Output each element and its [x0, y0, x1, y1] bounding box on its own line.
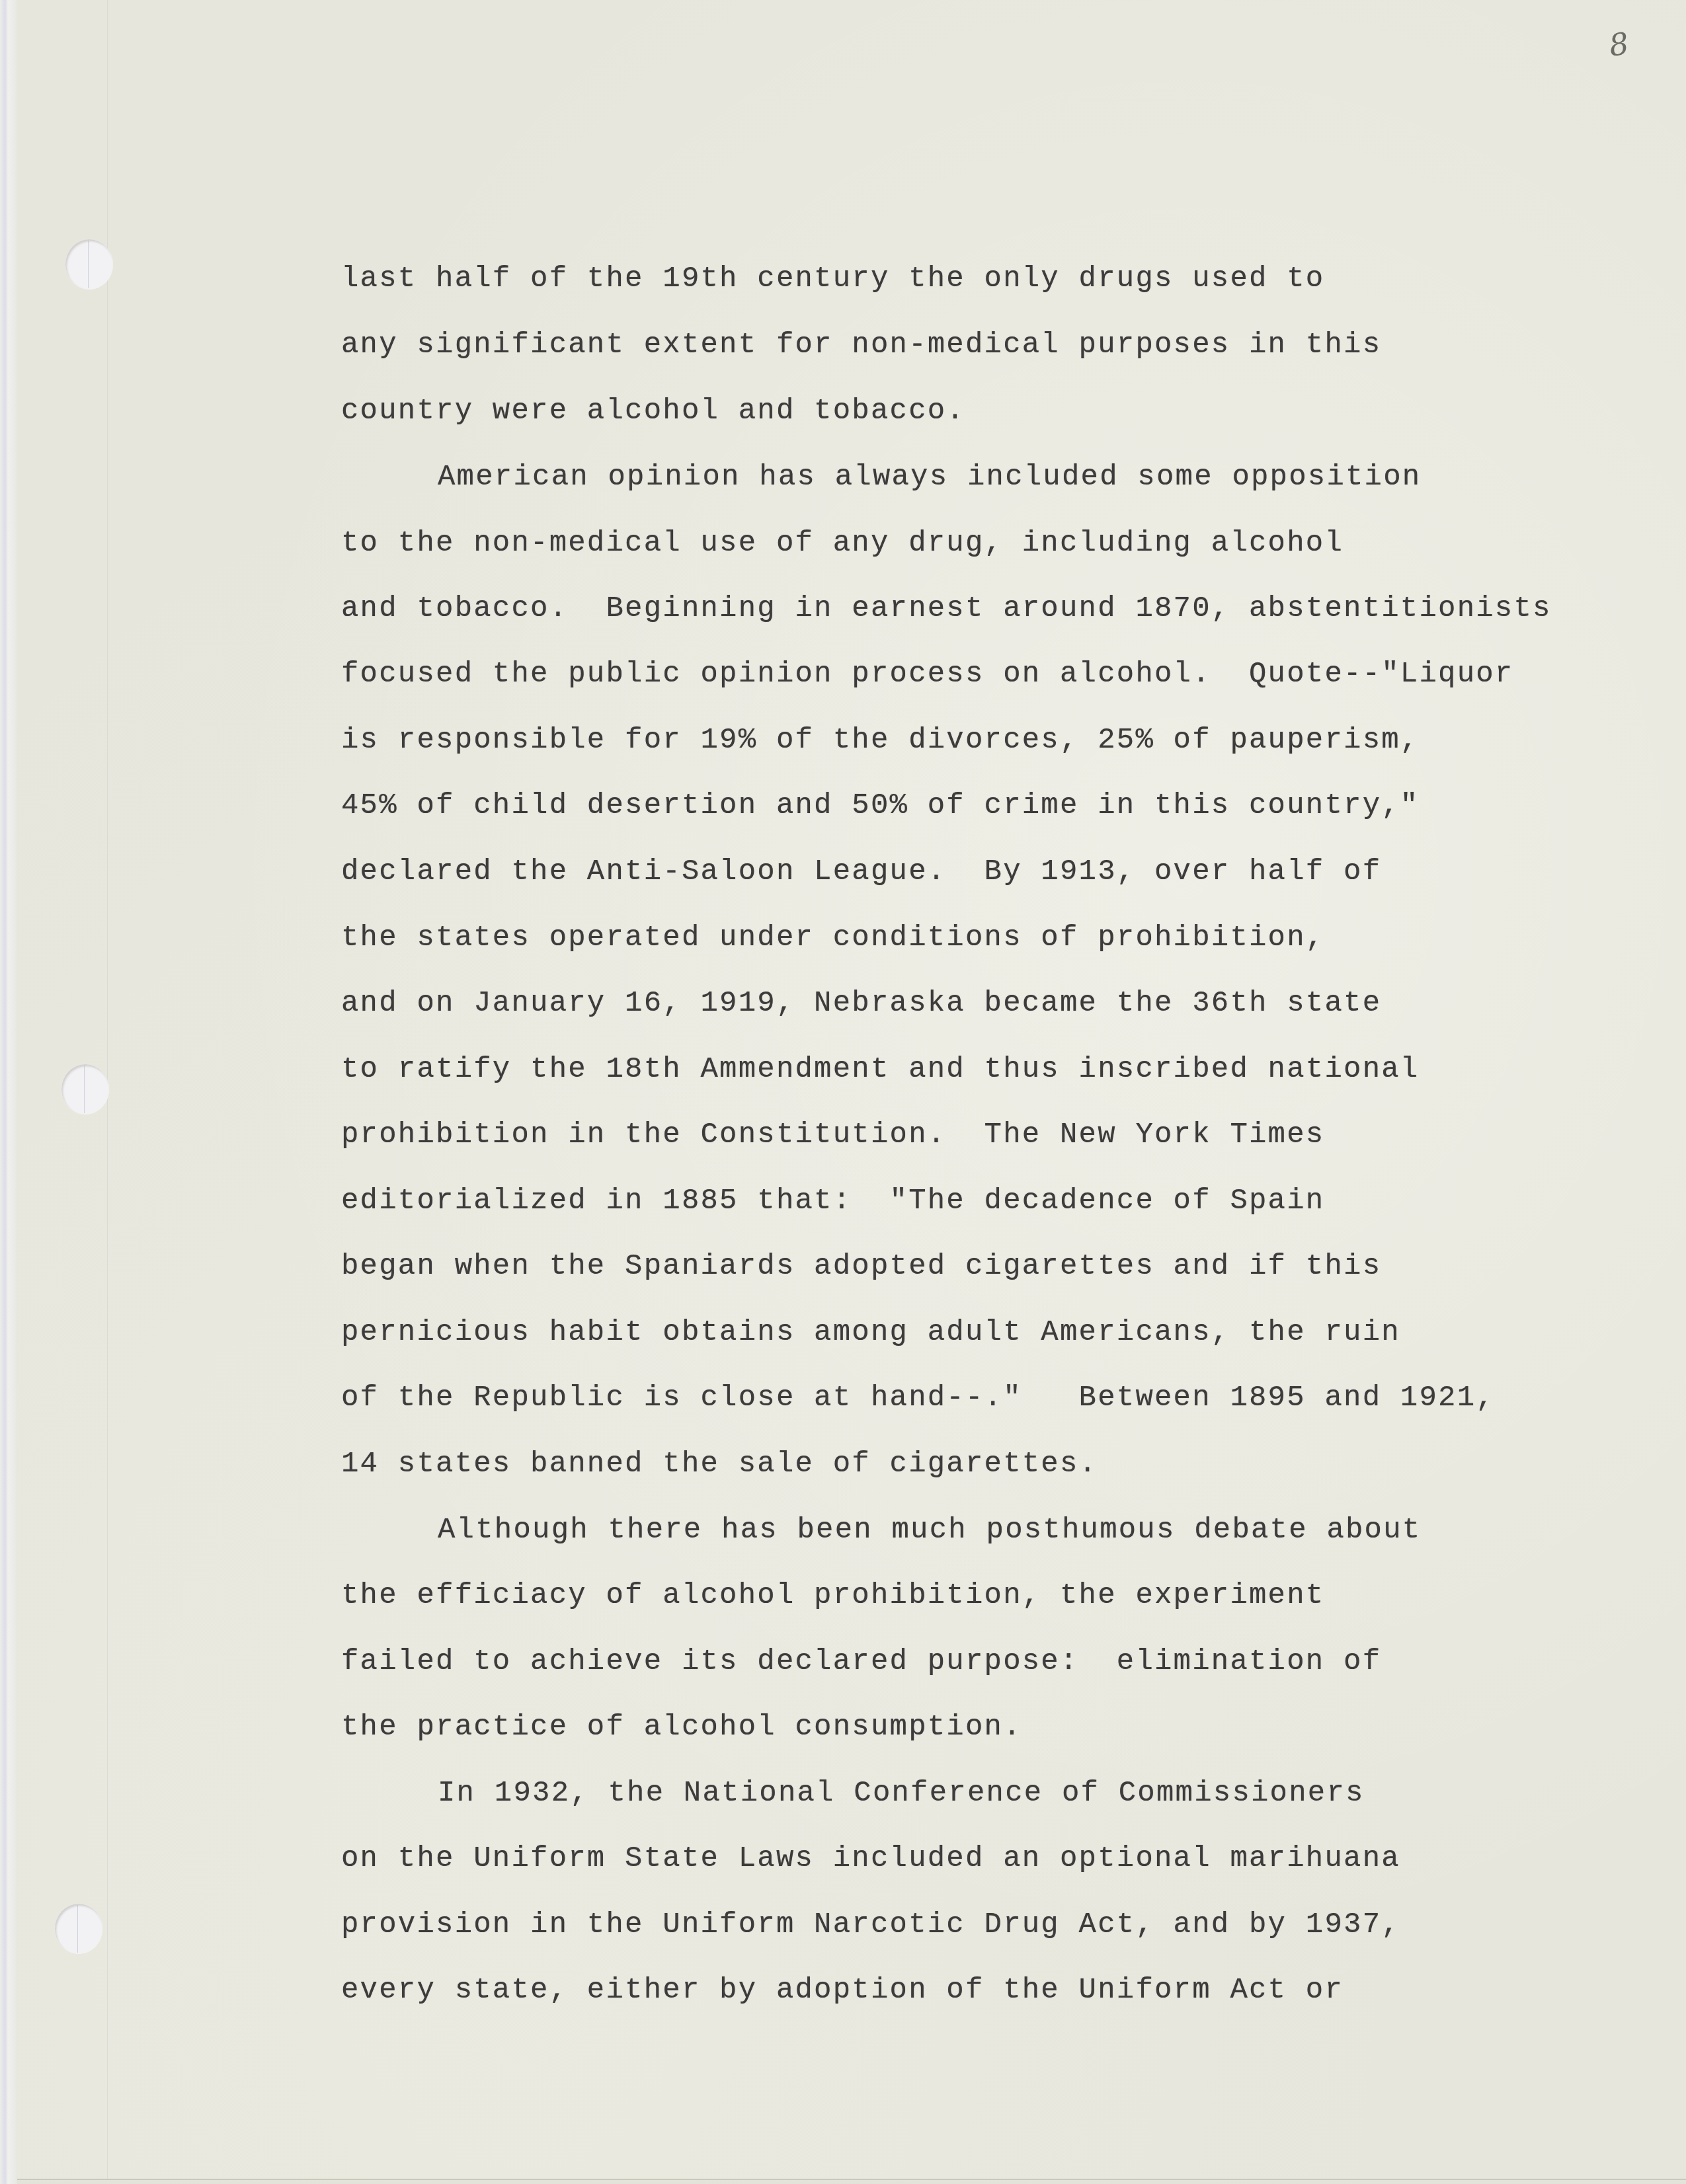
text-line: every state, either by adoption of the U… — [341, 1976, 1344, 2005]
text-line: any significant extent for non-medical p… — [341, 331, 1381, 360]
text-line: and on January 16, 1919, Nebraska became… — [341, 989, 1381, 1018]
text-line: of the Republic is close at hand--." Bet… — [341, 1384, 1495, 1413]
text-line: Although there has been much posthumous … — [438, 1516, 1421, 1545]
text-line: 45% of child desertion and 50% of crime … — [341, 791, 1419, 820]
text-line: the practice of alcohol consumption. — [341, 1713, 1022, 1742]
text-line: to the non-medical use of any drug, incl… — [341, 529, 1344, 558]
binder-hole-top — [65, 239, 113, 290]
text-line: declared the Anti-Saloon League. By 1913… — [341, 857, 1381, 886]
text-line: the states operated under conditions of … — [341, 923, 1324, 953]
scanner-edge — [0, 0, 17, 2184]
text-line: and tobacco. Beginning in earnest around… — [341, 594, 1552, 623]
text-line: focused the public opinion process on al… — [341, 660, 1513, 689]
text-line: pernicious habit obtains among adult Ame… — [341, 1318, 1400, 1347]
text-line: prohibition in the Constitution. The New… — [341, 1120, 1324, 1150]
text-line: began when the Spaniards adopted cigaret… — [341, 1252, 1381, 1281]
binder-hole-middle — [61, 1064, 109, 1114]
text-line: on the Uniform State Laws included an op… — [341, 1844, 1400, 1873]
binder-hole-bottom — [55, 1904, 102, 1954]
text-line: editorialized in 1885 that: "The decaden… — [341, 1187, 1324, 1216]
text-line: the efficiacy of alcohol prohibition, th… — [341, 1581, 1324, 1610]
text-line: last half of the 19th century the only d… — [341, 264, 1324, 293]
text-line: provision in the Uniform Narcotic Drug A… — [341, 1910, 1400, 1939]
text-line: In 1932, the National Conference of Comm… — [438, 1779, 1365, 1808]
page-number: 8 — [1607, 25, 1631, 63]
text-line: American opinion has always included som… — [438, 463, 1421, 492]
text-line: is responsible for 19% of the divorces, … — [341, 726, 1419, 755]
text-line: country were alcohol and tobacco. — [341, 397, 965, 426]
text-line: to ratify the 18th Ammendment and thus i… — [341, 1055, 1419, 1084]
text-line: 14 states banned the sale of cigarettes. — [341, 1450, 1098, 1479]
typewritten-page: 8 last half of the 19th century the only… — [17, 0, 1686, 2180]
text-line: failed to achieve its declared purpose: … — [341, 1647, 1381, 1676]
